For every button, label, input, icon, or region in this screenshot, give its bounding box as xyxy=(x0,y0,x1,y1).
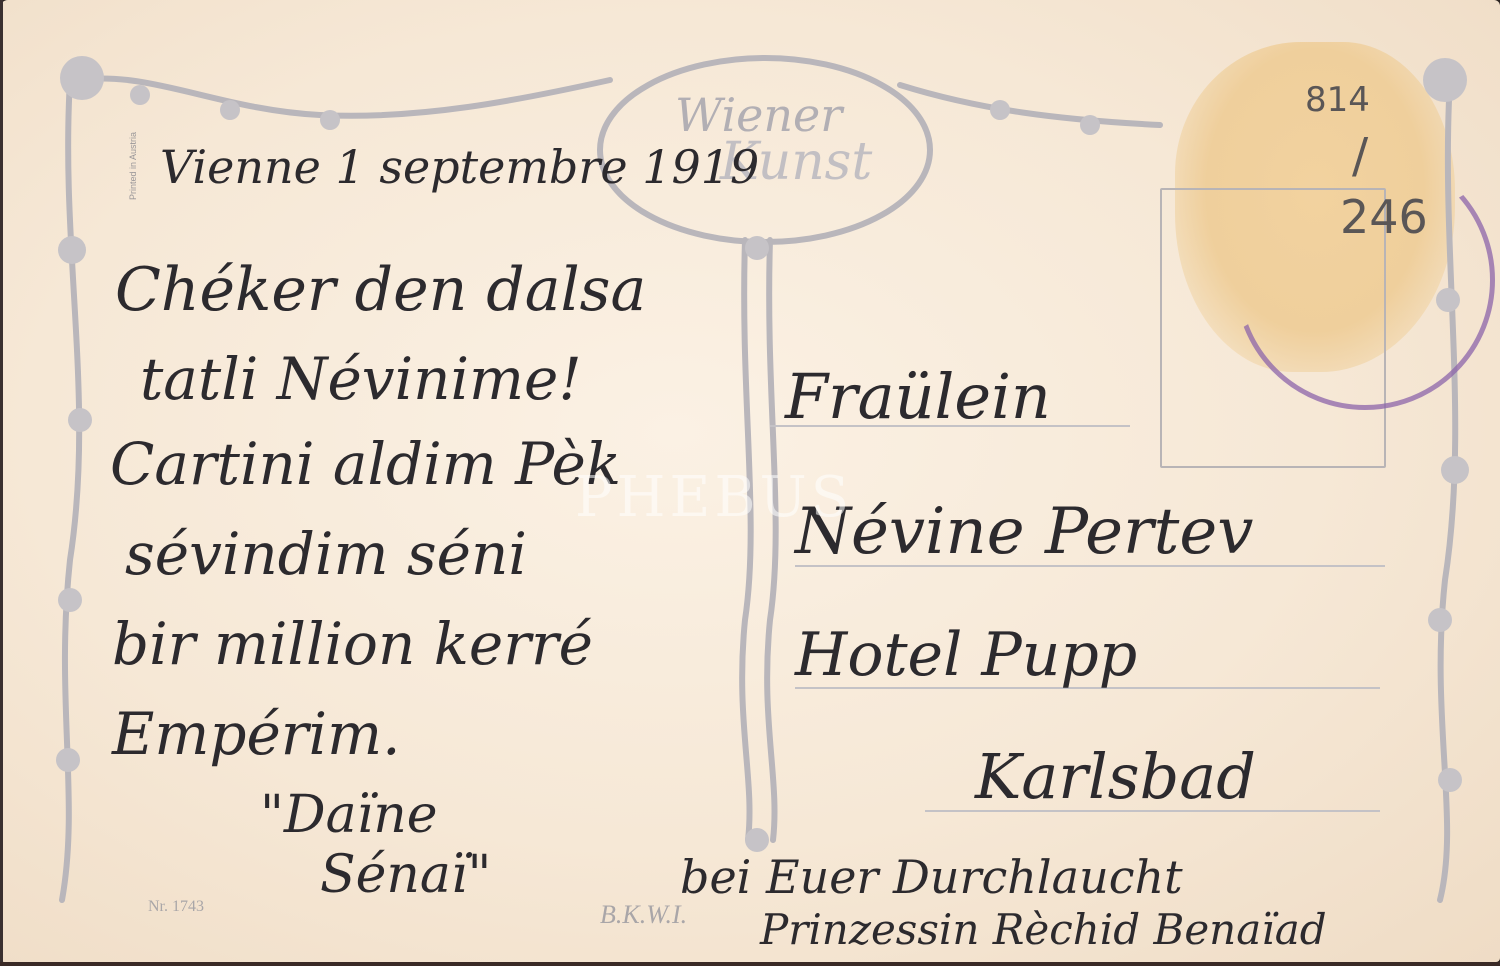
message-line-5: bir million kerré xyxy=(112,610,593,678)
printer-initials: B.K.W.I. xyxy=(600,900,687,930)
message-line-1: Chéker den dalsa xyxy=(115,255,646,325)
card-shadow-left xyxy=(0,0,3,966)
message-line-3: Cartini aldim Pèk xyxy=(110,430,621,498)
message-line-6: Empérim. xyxy=(112,700,401,768)
address-name: Névine Pertev xyxy=(795,495,1253,569)
message-line-2: tatli Névinime! xyxy=(140,345,582,413)
address-city: Karlsbad xyxy=(975,740,1256,813)
postcard: Wiener Kunst Printed in Austria 814 / 24… xyxy=(0,0,1500,962)
pencil-note-2: / xyxy=(1352,128,1368,184)
address-care-of-name: Prinzessin Rèchid Benaïad xyxy=(760,905,1327,954)
vertical-imprint: Printed in Austria xyxy=(128,132,138,200)
signature-line-1: "Daïne xyxy=(260,785,438,845)
address-care-of: bei Euer Durchlaucht xyxy=(680,850,1183,904)
address-hotel: Hotel Pupp xyxy=(795,620,1137,690)
address-salutation: Fraülein xyxy=(785,360,1051,433)
card-shadow-bottom xyxy=(0,962,1500,966)
dateline: Vienne 1 septembre 1919 xyxy=(160,140,759,194)
signature-line-2: Sénaï" xyxy=(320,845,491,905)
pencil-note-1: 814 xyxy=(1305,80,1370,120)
message-line-4: sévindim séni xyxy=(125,520,527,588)
watermark: PHEBUS xyxy=(575,465,853,530)
pencil-note-3: 246 xyxy=(1340,190,1428,244)
card-number: Nr. 1743 xyxy=(148,898,204,916)
